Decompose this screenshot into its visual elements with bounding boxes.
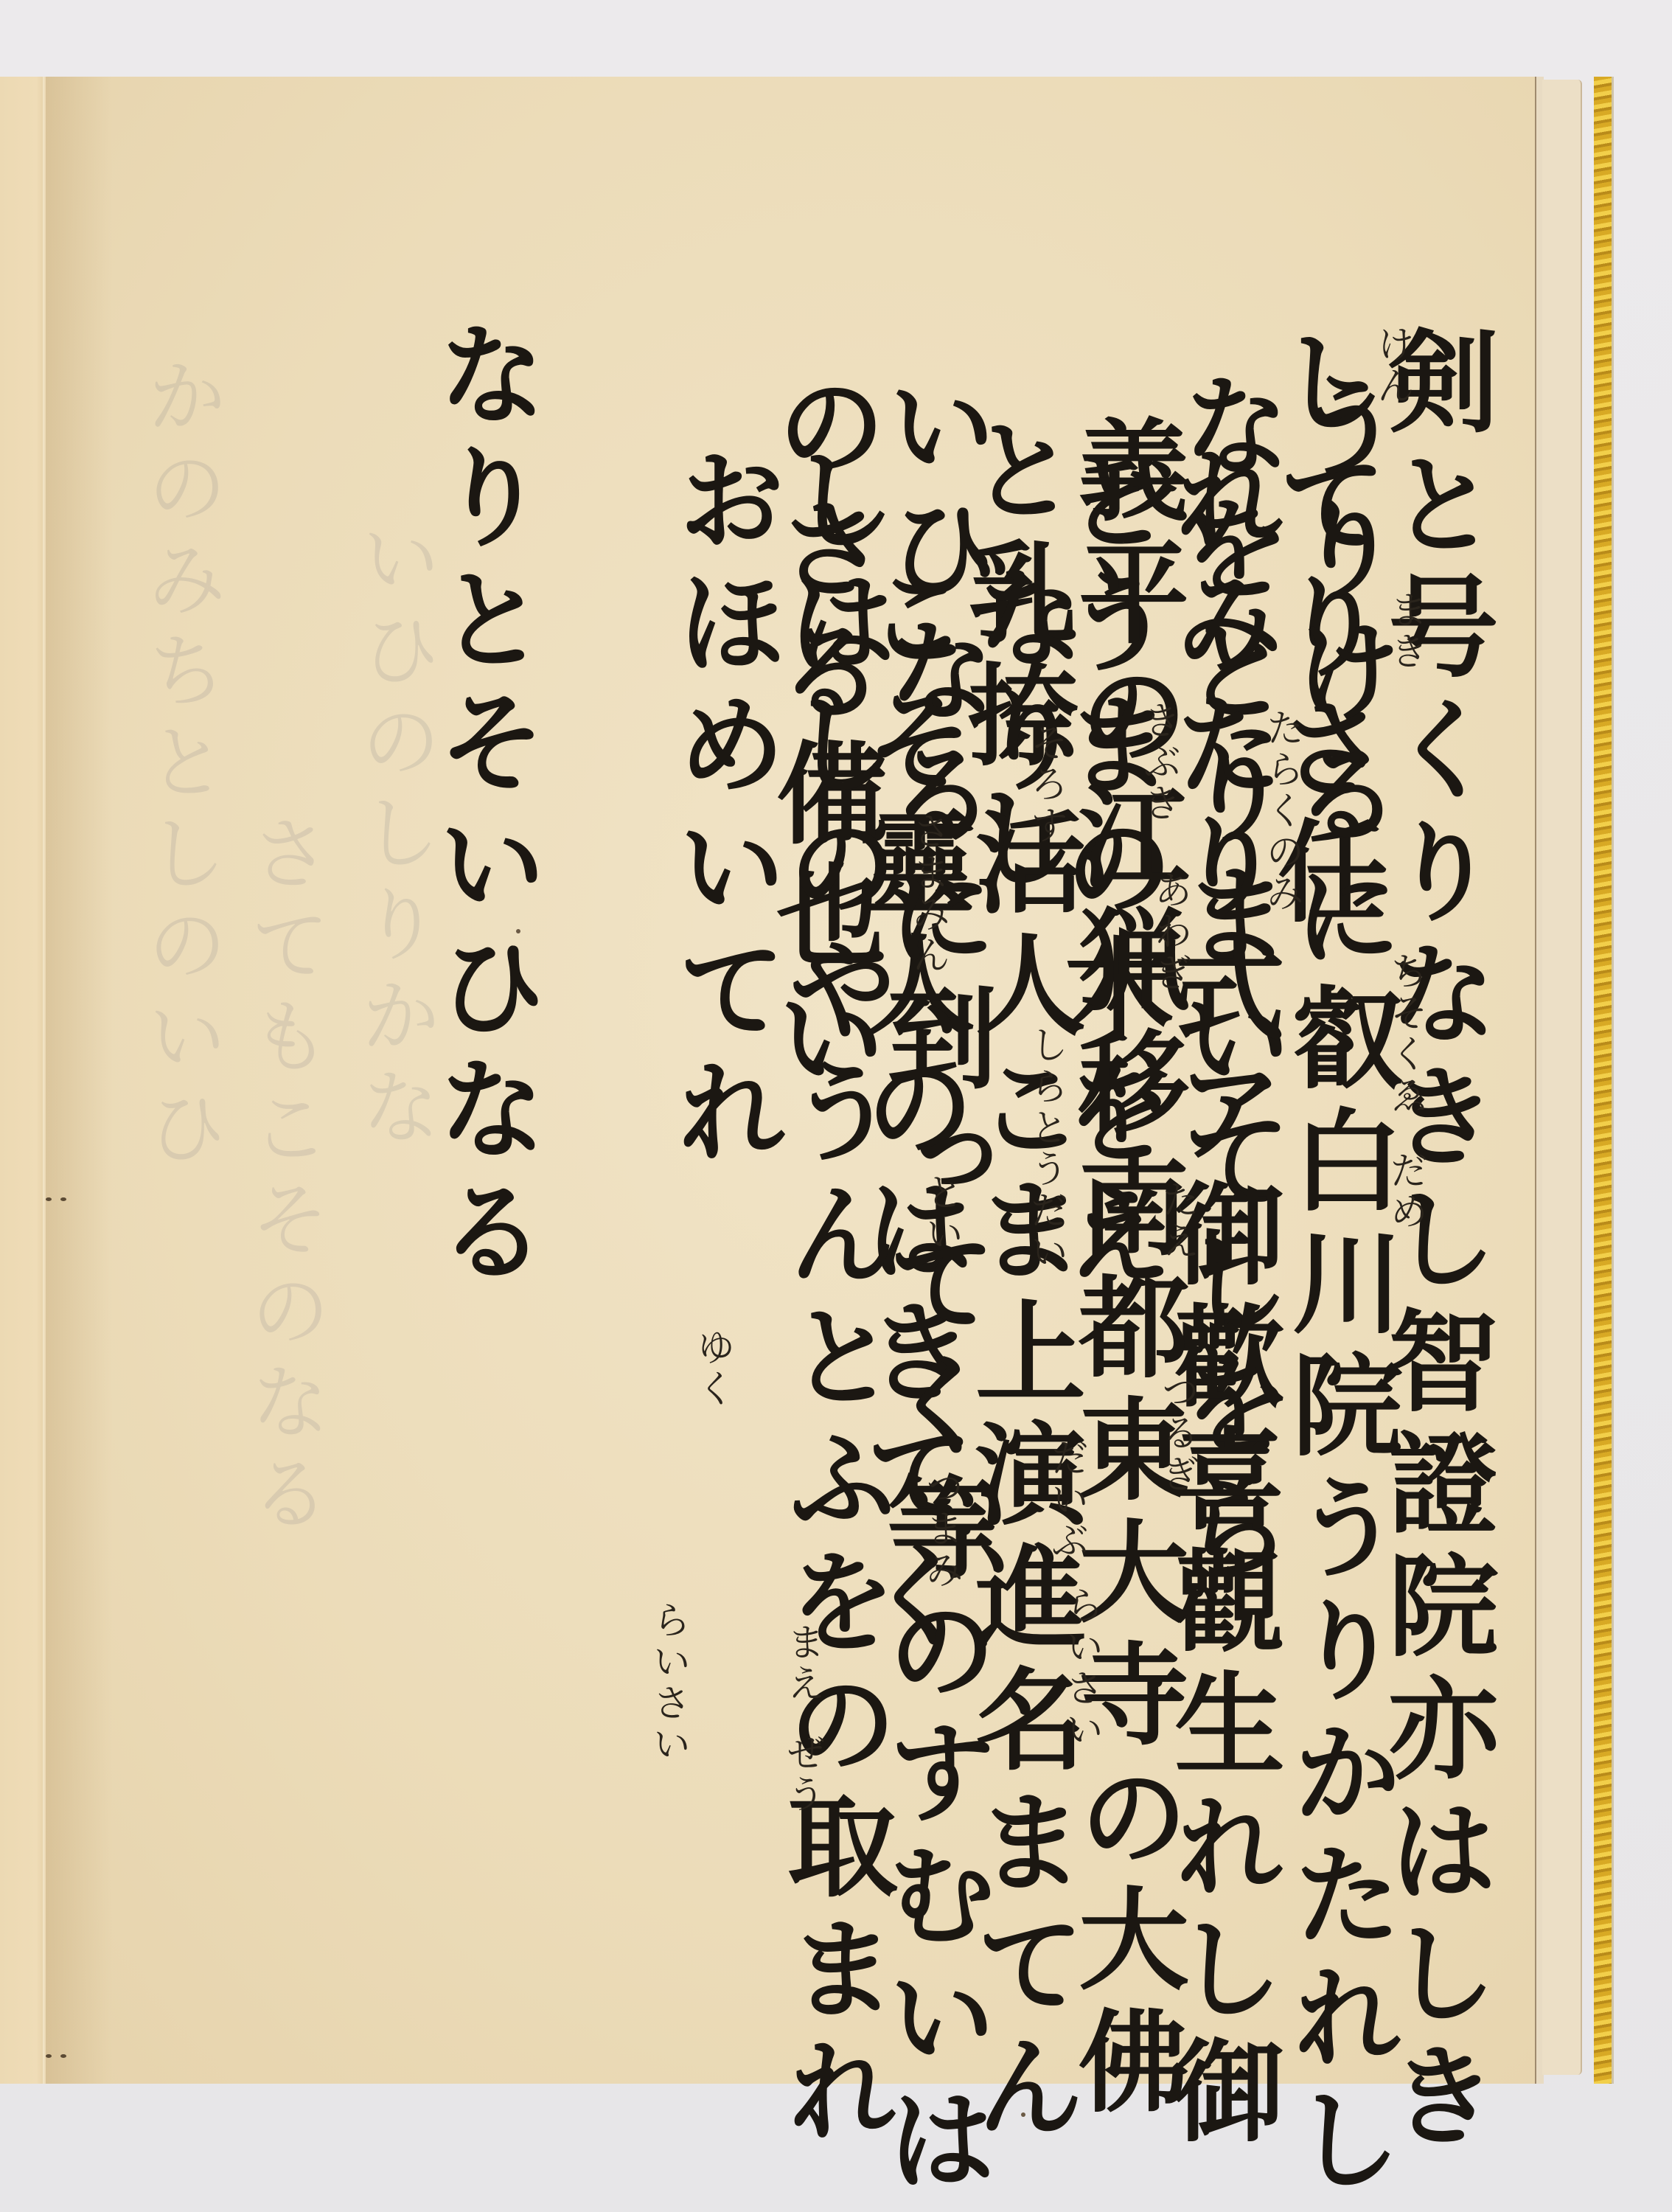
furigana: さまみん [908, 811, 947, 976]
show-through-text: かのみちとしのいひ [140, 354, 221, 1177]
gilt-fore-edge [1594, 77, 1614, 2084]
furigana: ゆく [693, 1327, 731, 1410]
furigana: きぶき [1139, 700, 1177, 824]
furigana: ぜう [783, 1733, 821, 1815]
furigana: まえ [783, 1622, 821, 1705]
page-stack-edge-outer [1542, 80, 1582, 2075]
furigana: らいさい [649, 1600, 687, 1765]
furigana: まき [1386, 590, 1424, 672]
furigana: ちそくゑ [1386, 951, 1424, 1116]
furigana: たらくのみ [1262, 708, 1300, 914]
furigana: たえ [1157, 1180, 1196, 1262]
furigana: しらとうだい [1026, 1025, 1065, 1273]
furigana: つるぎ [1157, 1371, 1196, 1495]
furigana: だいぶ [1047, 1438, 1085, 1562]
binding-hole [60, 1197, 66, 1201]
furigana: つまみ [922, 1467, 960, 1591]
furigana: だめ [1386, 1150, 1424, 1233]
gutter-shadow [46, 77, 112, 2084]
show-through-text: さてもこそのなる [243, 811, 324, 1543]
furigana: けん [1373, 324, 1411, 407]
furigana: らいさい [1062, 1585, 1100, 1750]
furigana: そろす [1026, 723, 1065, 846]
binding-hole [46, 2054, 52, 2058]
binding-hole [60, 2054, 66, 2058]
left-page-edge [0, 77, 46, 2084]
furigana: あわぎ [1150, 870, 1188, 994]
binding-hole [46, 1197, 52, 1201]
text-column-8: なりとそいひなる [428, 317, 538, 1296]
furigana: とい [922, 1172, 960, 1255]
